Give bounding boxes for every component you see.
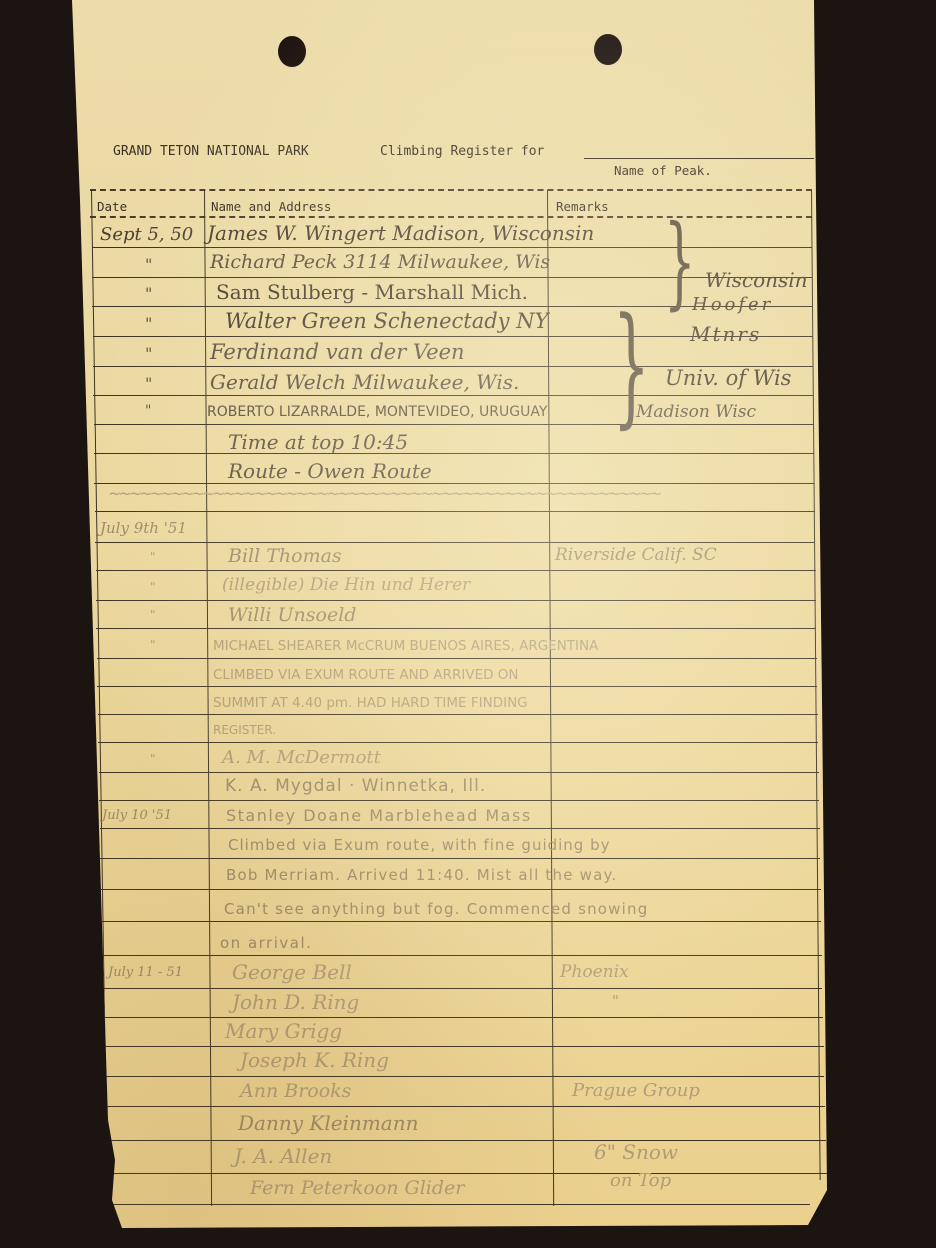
row-rule [96, 570, 816, 571]
entry-name: CLIMBED VIA EXUM ROUTE AND ARRIVED ON [213, 667, 519, 683]
entry-remark: " [612, 992, 619, 1010]
entry-remark: Madison Wisc [636, 402, 756, 422]
register-label: Climbing Register for [380, 144, 544, 159]
entry-remark: Mtnrs [690, 322, 761, 346]
entry-remark: Wisconsin [705, 268, 808, 292]
column-header-date: Date [97, 199, 127, 214]
entry-name: Bill Thomas [228, 545, 342, 567]
row-rule [105, 1106, 825, 1107]
row-rule [97, 658, 817, 659]
entry-name: Willi Unsoeld [228, 604, 356, 626]
group-brace-lower: } [613, 300, 650, 430]
row-rule [97, 686, 817, 687]
row-rule [104, 1046, 824, 1047]
entry-remark: Riverside Calif. SC [555, 545, 717, 565]
entry-date: " [150, 752, 156, 766]
entry-name: Danny Kleinmann [238, 1111, 418, 1135]
row-rule [99, 772, 819, 773]
entry-name: on arrival. [220, 934, 312, 952]
entry-date: " [145, 344, 152, 363]
row-rule [110, 1204, 810, 1205]
peak-name-blank [584, 158, 814, 159]
entry-name: Climbed via Exum route, with fine guidin… [228, 836, 611, 854]
entry-name: SUMMIT AT 4.40 pm. HAD HARD TIME FINDING [213, 695, 528, 711]
entry-name: Mary Grigg [225, 1019, 342, 1043]
row-rule [98, 714, 818, 715]
entry-remark: Univ. of Wis [665, 366, 791, 390]
entry-date: " [150, 580, 156, 594]
entry-remark: Phoenix [560, 962, 629, 982]
entry-name: John D. Ring [232, 990, 359, 1014]
entry-name: Can't see anything but fog. Commenced sn… [224, 900, 648, 918]
binder-hole-left [278, 36, 306, 67]
row-rule [96, 600, 816, 601]
entry-name: ROBERTO LIZARRALDE, MONTEVIDEO, URUGUAY [207, 404, 547, 420]
entry-name: Gerald Welch Milwaukee, Wis. [210, 370, 519, 394]
row-rule [107, 1173, 827, 1174]
row-rule [101, 921, 821, 922]
register-page: GRAND TETON NATIONAL PARK Climbing Regis… [0, 0, 936, 1248]
row-rule [98, 742, 818, 743]
row-rule [92, 247, 812, 248]
entry-name: MICHAEL SHEARER McCRUM BUENOS AIRES, ARG… [213, 638, 598, 654]
entry-remark: on Top [610, 1170, 671, 1191]
entry-name: George Bell [232, 960, 352, 984]
row-rule [94, 424, 814, 425]
entry-date: " [150, 608, 156, 622]
entry-name: (illegible) Die Hin und Herer [222, 575, 470, 595]
entry-name: Fern Peterkoon Glider [250, 1177, 464, 1199]
row-rule [106, 1140, 826, 1141]
entry-name: A. M. McDermott [222, 747, 381, 768]
entry-date: " [150, 638, 156, 652]
entry-name: Stanley Doane Marblehead Mass [226, 806, 532, 825]
entry-name: J. A. Allen [234, 1144, 332, 1168]
row-rule [100, 858, 820, 859]
entry-remark: 6" Snow [594, 1140, 678, 1164]
row-rule [102, 955, 822, 956]
entry-date: " [145, 374, 152, 393]
entry-name: Route - Owen Route [228, 459, 432, 483]
peak-caption: Name of Peak. [614, 163, 712, 178]
entry-name: REGISTER. [213, 723, 276, 737]
park-title: GRAND TETON NATIONAL PARK [113, 144, 309, 159]
row-rule [101, 889, 821, 890]
row-rule [100, 828, 820, 829]
entry-date: July 10 '51 [102, 808, 172, 823]
row-rule [102, 988, 822, 989]
entry-date: " [150, 550, 156, 564]
entry-name: Joseph K. Ring [240, 1048, 389, 1072]
remarks-column-divider [547, 190, 554, 1206]
entry-remark: Prague Group [572, 1080, 700, 1101]
entry-date: " [145, 314, 152, 333]
column-header-remarks: Remarks [556, 199, 609, 214]
row-rule [93, 395, 813, 396]
entry-name: Bob Merriam. Arrived 11:40. Mist all the… [226, 866, 617, 884]
entry-name: James W. Wingert Madison, Wisconsin [207, 221, 594, 245]
entry-date: " [145, 284, 152, 303]
entry-name: Ferdinand van der Veen [210, 340, 465, 364]
row-rule [95, 511, 815, 512]
row-rule [94, 453, 814, 454]
right-border [811, 190, 821, 1180]
entry-date: " [145, 403, 151, 419]
entry-name: Walter Green Schenectady NY [225, 309, 548, 333]
header-rule-bottom [90, 216, 812, 218]
entry-date: " [145, 255, 152, 274]
entry-remark: Hoofer [692, 294, 773, 315]
column-header-name-address: Name and Address [211, 199, 331, 214]
row-rule [92, 277, 812, 278]
row-rule [99, 800, 819, 801]
row-rule [103, 1017, 823, 1018]
section-separator-squiggle: ~~~~~~~~~~~~~~~~~~~~~~~~~~~~~~~~~~~~~~~~… [108, 484, 808, 503]
entry-date: July 9th '51 [100, 519, 187, 537]
entry-name: K. A. Mygdal · Winnetka, Ill. [225, 776, 486, 796]
entry-name: Richard Peck 3114 Milwaukee, Wis [210, 251, 550, 273]
group-brace-upper: } [664, 212, 696, 312]
binder-hole-right [594, 34, 622, 65]
entry-name: Sam Stulberg - Marshall Mich. [216, 280, 528, 304]
entry-name: Ann Brooks [240, 1080, 351, 1102]
row-rule [96, 628, 816, 629]
entry-date: Sept 5, 50 [100, 224, 193, 245]
entry-date: July 11 - 51 [108, 965, 183, 980]
row-rule [104, 1076, 824, 1077]
entry-name: Time at top 10:45 [228, 430, 408, 454]
row-rule [95, 542, 815, 543]
header-rule-top [90, 189, 812, 191]
